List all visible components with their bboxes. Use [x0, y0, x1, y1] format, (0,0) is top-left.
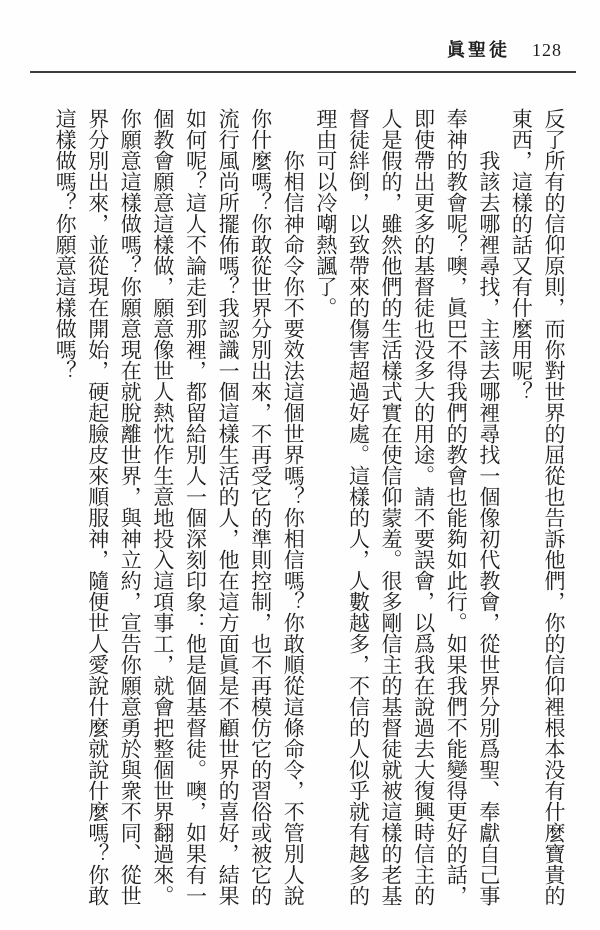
paragraph: 我該去哪裡尋找，主該去哪裡尋找一個像初代教會，從世界分別爲聖、奉獻自己事奉神的教…: [309, 108, 505, 908]
book-title: 眞聖徒: [447, 36, 510, 62]
page-number: 128: [532, 40, 562, 61]
header-divider: [30, 71, 576, 73]
text-block: 反了所有的信仰原則，而你對世界的屈從也告訴他們，你的信仰裡根本没有什麼寶貴的東西…: [49, 108, 571, 908]
paragraph: 你相信神命令你不要效法這個世界嗎？你相信嗎？你敢順從這條命令，不管別人說你什麼嗎…: [49, 108, 310, 908]
book-page: 眞聖徒 128 反了所有的信仰原則，而你對世界的屈從也告訴他們，你的信仰裡根本没…: [0, 0, 600, 930]
paragraph-continuation: 反了所有的信仰原則，而你對世界的屈從也告訴他們，你的信仰裡根本没有什麼寶貴的東西…: [505, 108, 570, 908]
page-header: 眞聖徒 128: [447, 36, 562, 62]
